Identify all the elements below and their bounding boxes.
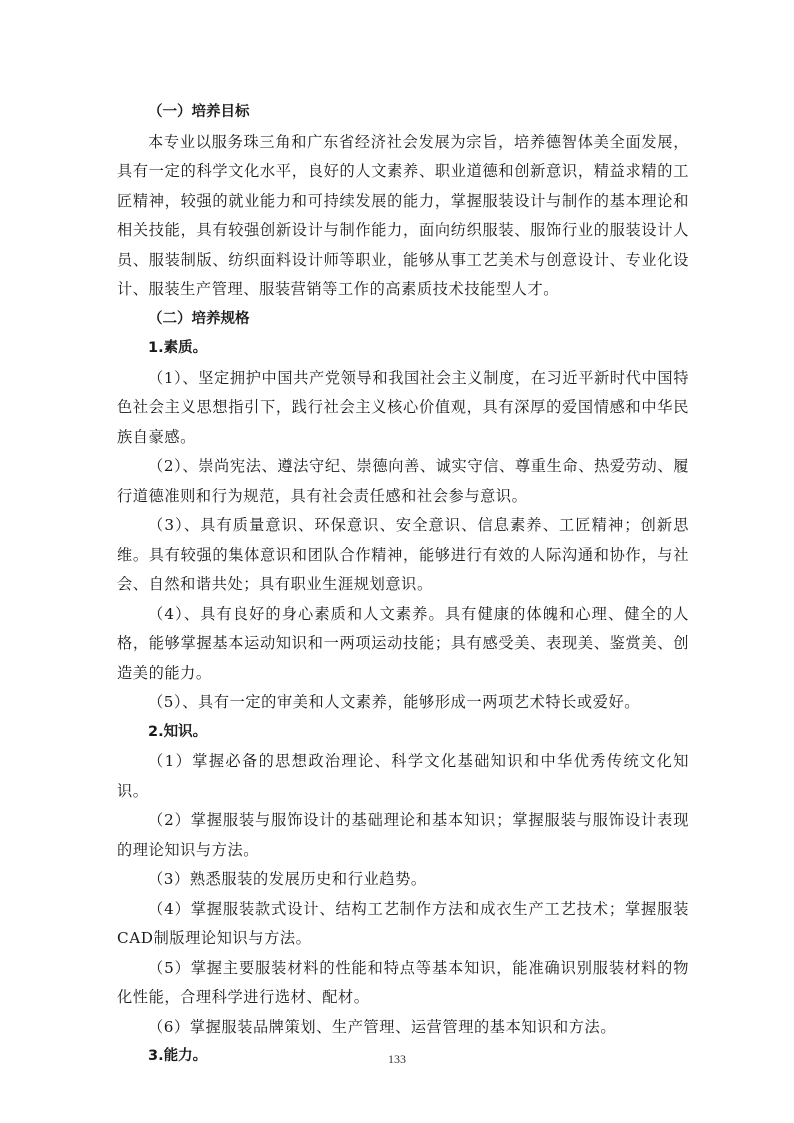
knowledge-item: （2）掌握服装与服饰设计的基础理论和基本知识；掌握服装与服饰设计表现的理论知识与… <box>117 806 689 865</box>
knowledge-item: （4）掌握服装款式设计、结构工艺制作方法和成衣生产工艺技术；掌握服装CAD制版理… <box>117 895 689 954</box>
knowledge-item: （6）掌握服装品牌策划、生产管理、运营管理的基本知识和方法。 <box>117 1013 689 1043</box>
quality-item: （3）、具有质量意识、环保意识、安全意识、信息素养、工匠精神；创新思维。具有较强… <box>117 511 689 600</box>
knowledge-item: （5）掌握主要服装材料的性能和特点等基本知识，能准确识别服装材料的物化性能，合理… <box>117 954 689 1013</box>
quality-item: （4）、具有良好的身心素质和人文素养。具有健康的体魄和心理、健全的人格，能够掌握… <box>117 600 689 689</box>
quality-item: （1）、坚定拥护中国共产党领导和我国社会主义制度，在习近平新时代中国特色社会主义… <box>117 364 689 453</box>
subheading-quality: 1.素质。 <box>117 334 689 364</box>
document-page: （一）培养目标 本专业以服务珠三角和广东省经济社会发展为宗旨，培养德智体美全面发… <box>117 98 689 1072</box>
quality-item: （5）、具有一定的审美和人文素养，能够形成一两项艺术特长或爱好。 <box>117 688 689 718</box>
knowledge-item: （3）熟悉服装的发展历史和行业趋势。 <box>117 865 689 895</box>
quality-item: （2）、崇尚宪法、遵法守纪、崇德向善、诚实守信、尊重生命、热爱劳动、履行道德准则… <box>117 452 689 511</box>
subheading-knowledge: 2.知识。 <box>117 718 689 748</box>
section-heading-training-specifications: （二）培养规格 <box>117 305 689 335</box>
page-number: 133 <box>0 1052 794 1067</box>
training-objectives-paragraph: 本专业以服务珠三角和广东省经济社会发展为宗旨，培养德智体美全面发展，具有一定的科… <box>117 128 689 305</box>
knowledge-item: （1）掌握必备的思想政治理论、科学文化基础知识和中华优秀传统文化知识。 <box>117 747 689 806</box>
section-heading-training-objectives: （一）培养目标 <box>117 98 689 128</box>
